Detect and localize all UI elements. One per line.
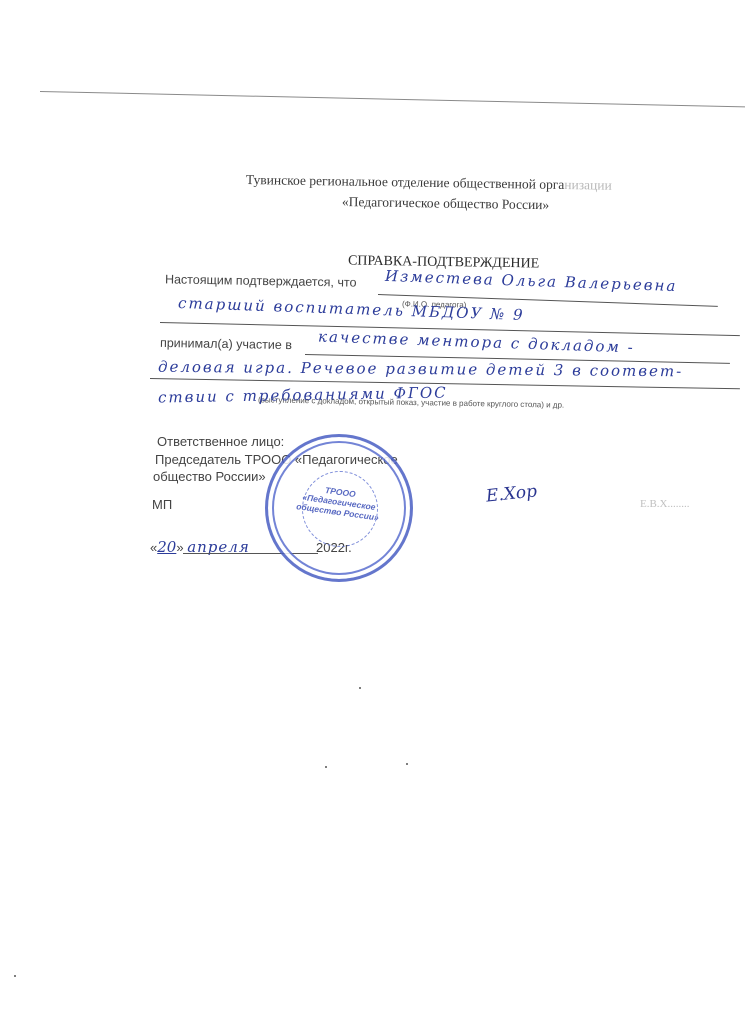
chairman-signature: Е.Хор	[485, 481, 538, 506]
organization-line-1: Тувинское региональное отделение обществ…	[246, 172, 612, 194]
responsible-label: Ответственное лицо:	[157, 434, 284, 449]
top-scan-rule	[40, 91, 745, 107]
position-handwritten: старший воспитатель МБДОУ № 9	[178, 294, 525, 324]
organization-name: Тувинское региональное отделение обществ…	[246, 172, 565, 192]
chairman-name-faded: Е.В.Х........	[640, 498, 690, 510]
chairman-role-line-2: общество России»	[153, 469, 266, 484]
participation-handwritten-2: деловая игра. Речевое развитие детей 3 в…	[158, 358, 683, 381]
scan-speck	[406, 763, 408, 765]
scan-speck	[14, 975, 16, 977]
organization-stamp: ТРООО «Педагогическое общество России»	[265, 434, 413, 582]
stamp-place-label: МП	[152, 497, 172, 512]
participation-label: принимал(а) участие в	[160, 336, 292, 352]
organization-line-2: «Педагогическое общество России»	[342, 194, 549, 213]
scan-speck	[359, 687, 361, 689]
teacher-name-handwritten: Изместева Ольга Валерьевна	[385, 267, 678, 295]
confirm-label: Настоящим подтверждается, что	[165, 272, 357, 289]
scan-speck	[325, 766, 327, 768]
organization-name-faded: низации	[564, 177, 612, 193]
date-day: 20	[157, 538, 176, 556]
